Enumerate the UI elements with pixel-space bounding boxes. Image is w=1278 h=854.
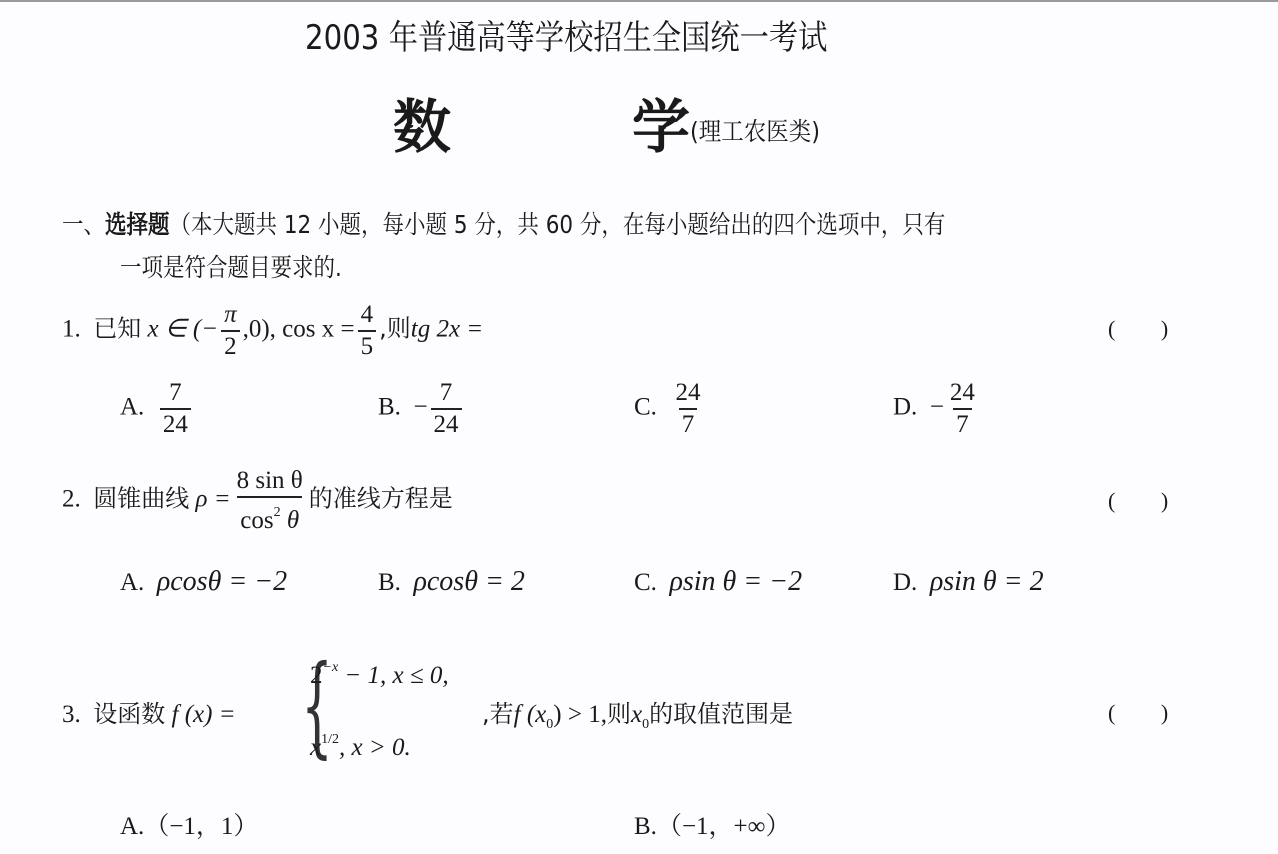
question-2-stem: 2. 圆锥曲线 ρ =8 sin θcos2 θ的准线方程是 bbox=[62, 466, 453, 536]
question-suffix: 的取值范围是 bbox=[649, 700, 793, 728]
denominator: cos2 θ bbox=[237, 496, 302, 536]
answer-blank-3[interactable]: ( ) bbox=[1108, 700, 1168, 726]
fraction: 247 bbox=[947, 378, 978, 440]
math-var: x bbox=[631, 701, 642, 728]
option-text: ρcosθ = −2 bbox=[157, 566, 287, 597]
q2-option-d[interactable]: D. ρsin θ = 2 bbox=[893, 566, 1044, 598]
math-text: tg 2x = bbox=[411, 316, 483, 343]
section-name: 选择题 bbox=[105, 210, 170, 239]
option-label: C. bbox=[634, 394, 657, 421]
exponent: −x bbox=[323, 660, 339, 675]
exponent: 2 bbox=[274, 505, 281, 520]
fraction: π2 bbox=[221, 300, 240, 362]
math-text: f (x bbox=[514, 701, 547, 728]
sign: − bbox=[413, 394, 427, 421]
numerator: 8 sin θ bbox=[234, 466, 306, 496]
exponent: 1/2 bbox=[321, 732, 339, 747]
math-text: x ∈ (− bbox=[148, 316, 219, 343]
option-label: A. bbox=[120, 813, 144, 840]
option-text: （−1，+∞） bbox=[657, 813, 791, 840]
base: 2 bbox=[310, 662, 323, 689]
numerator: π bbox=[221, 300, 240, 330]
question-3-stem-left: 3. 设函数 f (x) = bbox=[62, 694, 236, 729]
option-text: ρsin θ = 2 bbox=[930, 566, 1044, 597]
case-rest: , x > 0. bbox=[339, 734, 411, 761]
piecewise-case-1: 2−x − 1, x ≤ 0, bbox=[310, 660, 449, 690]
numerator: 4 bbox=[358, 300, 377, 330]
case-rest: − 1, x ≤ 0, bbox=[344, 662, 448, 689]
option-text: ρsin θ = −2 bbox=[669, 566, 802, 597]
fraction: 247 bbox=[672, 378, 703, 440]
option-label: A. bbox=[120, 569, 144, 596]
option-text: ρcosθ = 2 bbox=[413, 566, 524, 597]
question-number: 2. bbox=[62, 486, 81, 513]
cond-prefix: ,若 bbox=[482, 700, 514, 728]
sign: − bbox=[930, 394, 944, 421]
option-label: A. bbox=[120, 394, 144, 421]
option-label: B. bbox=[378, 394, 401, 421]
denominator: 24 bbox=[431, 408, 462, 440]
math-text: ) > 1, bbox=[553, 701, 607, 728]
subject-char-2: 学 bbox=[632, 80, 690, 164]
denominator-base: cos bbox=[240, 507, 273, 534]
q2-option-b[interactable]: B. ρcosθ = 2 bbox=[378, 566, 525, 598]
numerator: 7 bbox=[166, 378, 185, 408]
fraction: 724 bbox=[431, 378, 462, 440]
option-label: D. bbox=[893, 394, 917, 421]
cond-then: 则 bbox=[607, 700, 631, 728]
subject-category: (理工农医类) bbox=[690, 112, 820, 148]
question-number: 1. bbox=[62, 316, 81, 343]
denominator: 7 bbox=[679, 408, 698, 440]
numerator: 24 bbox=[672, 378, 703, 408]
piecewise-case-2: x1/2, x > 0. bbox=[310, 732, 411, 762]
question-1-stem: 1. 已知 x ∈ (−π2,0), cos x =45,则tg 2x = bbox=[62, 300, 483, 362]
numerator: 24 bbox=[947, 378, 978, 408]
option-label: C. bbox=[634, 569, 657, 596]
q3-option-a[interactable]: A.（−1，1） bbox=[120, 806, 258, 842]
section-number: 一、 bbox=[62, 210, 105, 239]
subscript: 0 bbox=[642, 717, 649, 732]
section-instructions-cont: 一项是符合题目要求的. bbox=[120, 248, 342, 284]
q1-option-d[interactable]: D. −247 bbox=[893, 378, 981, 440]
section-instructions: （本大题共 12 小题，每小题 5 分，共 60 分，在每小题给出的四个选项中，… bbox=[170, 210, 946, 239]
q1-option-c[interactable]: C. 247 bbox=[634, 378, 706, 440]
fraction: 45 bbox=[358, 300, 377, 362]
math-text: ,0), cos x = bbox=[243, 316, 355, 343]
answer-blank-2[interactable]: ( ) bbox=[1108, 488, 1168, 514]
question-number: 3. bbox=[62, 701, 81, 728]
subject-char-1: 数 bbox=[393, 80, 451, 164]
denominator: 2 bbox=[221, 330, 240, 362]
question-prefix: 圆锥曲线 bbox=[93, 485, 189, 513]
q1-option-b[interactable]: B. −724 bbox=[378, 378, 465, 440]
question-prefix: 设函数 bbox=[93, 700, 165, 728]
question-prefix: 已知 bbox=[93, 315, 141, 343]
q2-option-a[interactable]: A. ρcosθ = −2 bbox=[120, 566, 287, 598]
denominator: 7 bbox=[953, 408, 972, 440]
section-heading: 一、选择题（本大题共 12 小题，每小题 5 分，共 60 分，在每小题给出的四… bbox=[62, 205, 945, 241]
answer-blank-1[interactable]: ( ) bbox=[1108, 316, 1168, 342]
math-text: ρ = bbox=[196, 486, 231, 513]
option-text: （−1，1） bbox=[144, 813, 258, 840]
denominator: 24 bbox=[160, 408, 191, 440]
q3-option-b[interactable]: B.（−1，+∞） bbox=[634, 806, 790, 842]
option-label: B. bbox=[378, 569, 401, 596]
numerator: 7 bbox=[437, 378, 456, 408]
denominator-var: θ bbox=[287, 507, 299, 534]
base: x bbox=[310, 734, 321, 761]
q2-option-c[interactable]: C. ρsin θ = −2 bbox=[634, 566, 802, 598]
option-label: B. bbox=[634, 813, 657, 840]
exam-title: 2003 年普通高等学校招生全国统一考试 bbox=[305, 10, 827, 59]
option-label: D. bbox=[893, 569, 917, 596]
math-text: ,则 bbox=[379, 315, 411, 343]
question-3-stem-right: ,若f (x0) > 1,则x0的取值范围是 bbox=[482, 694, 793, 733]
question-suffix: 的准线方程是 bbox=[309, 485, 453, 513]
top-border bbox=[0, 0, 1278, 2]
q1-option-a[interactable]: A. 724 bbox=[120, 378, 194, 440]
denominator: 5 bbox=[358, 330, 377, 362]
math-text: f (x) = bbox=[172, 701, 236, 728]
fraction: 8 sin θcos2 θ bbox=[234, 466, 306, 536]
fraction: 724 bbox=[160, 378, 191, 440]
